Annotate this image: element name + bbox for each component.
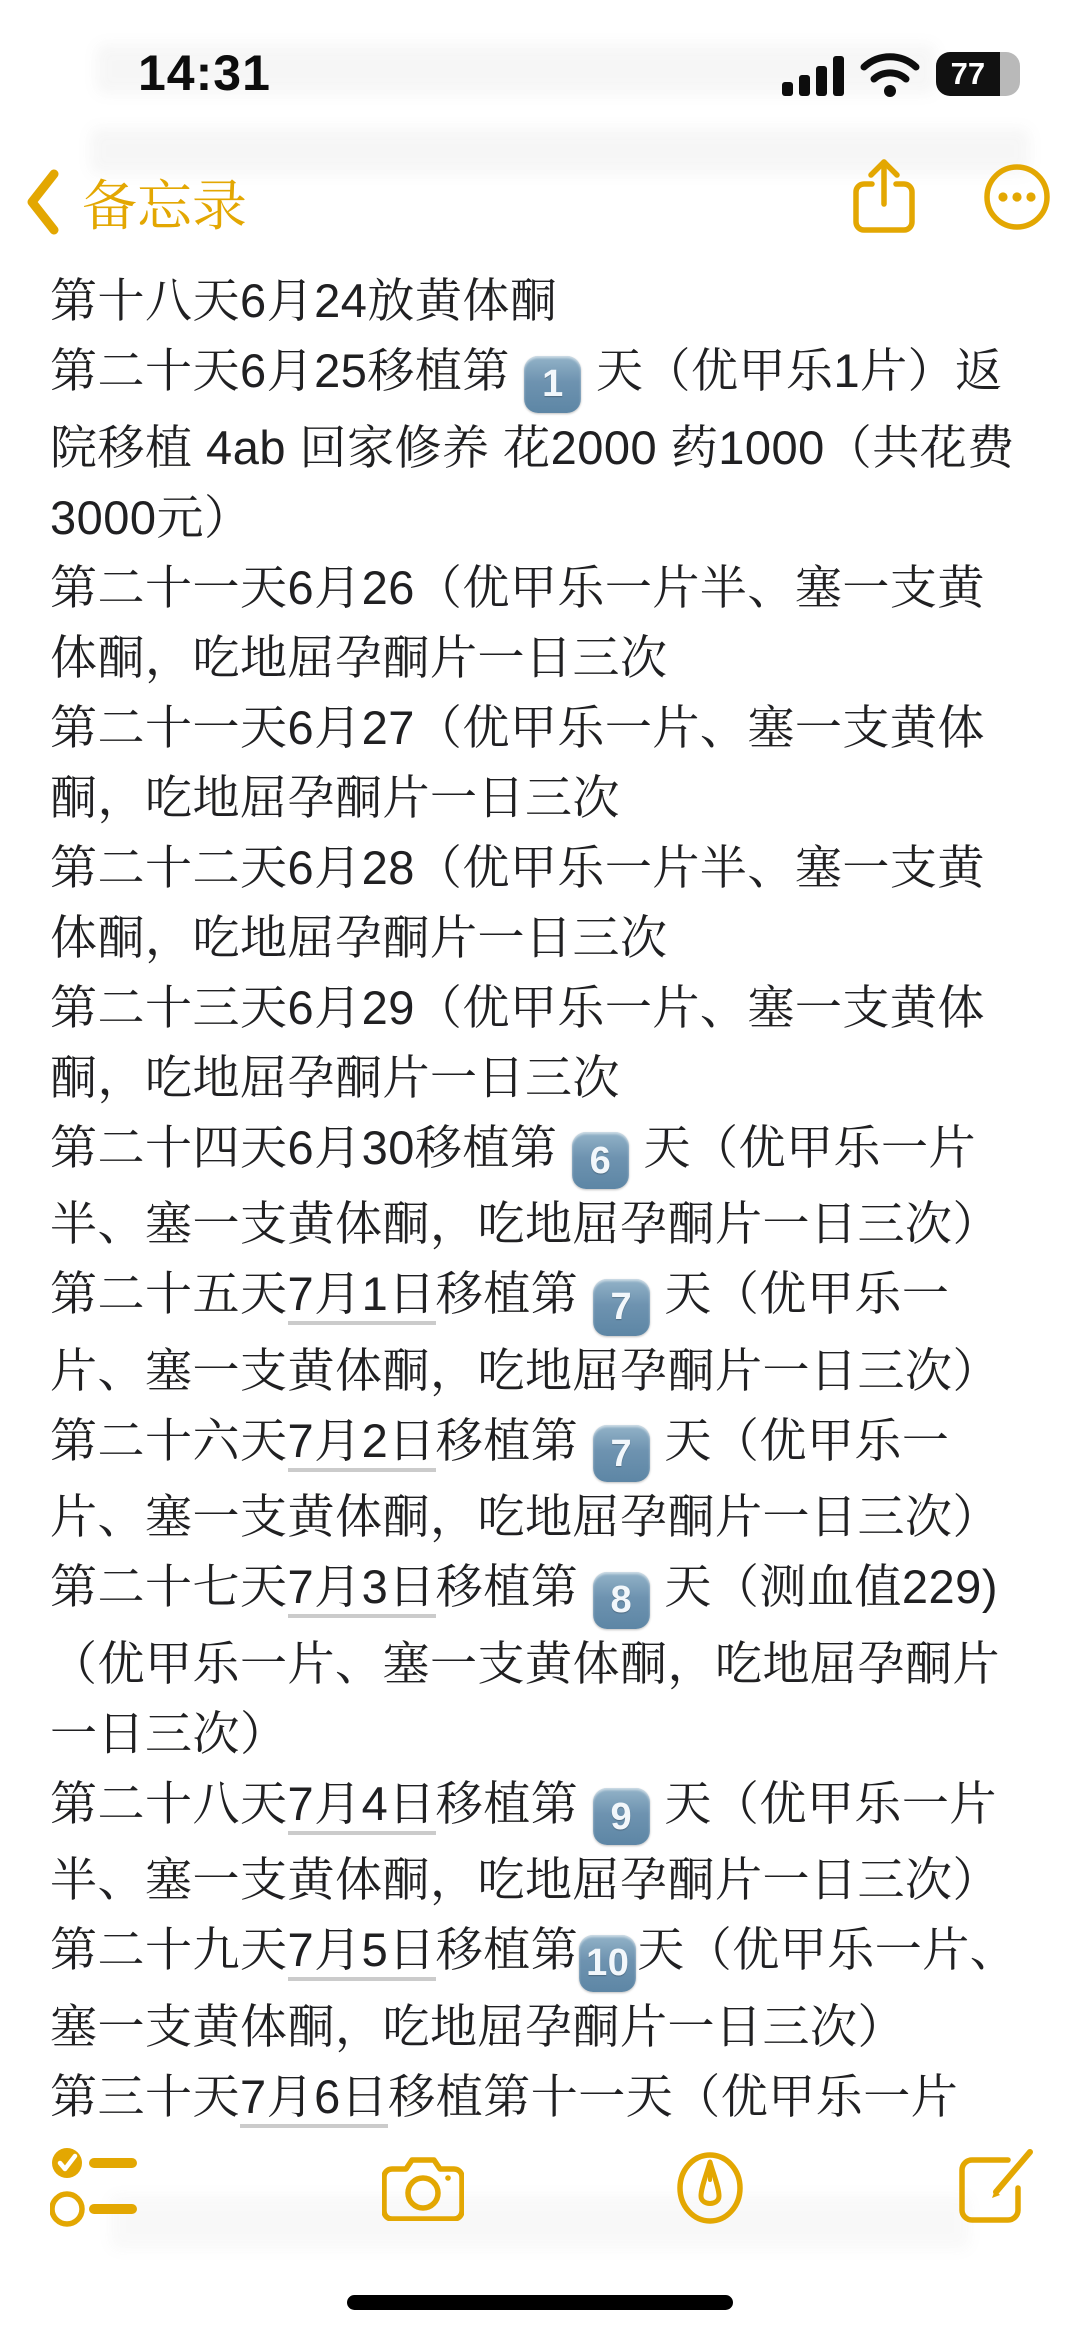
note-paragraph: 第二十六天7月2日移植第 7 天（优甲乐一片、塞一支黄体酮，吃地屈孕酮片一日三次… <box>50 1406 1030 1553</box>
note-paragraph: 第二十九天7月5日移植第10天（优甲乐一片、塞一支黄体酮，吃地屈孕酮片一日三次） <box>50 1915 1030 2062</box>
note-text-segment: 第二十五天 <box>50 1267 288 1320</box>
share-button[interactable] <box>852 158 916 236</box>
note-text-segment: 移植第 <box>436 1777 592 1830</box>
date-link[interactable]: 7月5日 <box>288 1923 436 1981</box>
status-bar: 14:31 77 <box>0 0 1080 120</box>
status-icons: 77 <box>782 48 1014 100</box>
battery-percent: 77 <box>936 56 1000 92</box>
cellular-signal-icon <box>782 52 844 96</box>
status-time: 14:31 <box>138 44 271 102</box>
note-paragraph: 第二十二天6月28（优甲乐一片半、塞一支黄体酮，吃地屈孕酮片一日三次 <box>50 833 1030 973</box>
keycap-number-emoji: 10 <box>579 1935 636 1992</box>
checklist-icon[interactable] <box>50 2143 172 2233</box>
note-text-segment: 移植第 <box>436 1414 592 1467</box>
note-text-segment: 移植第十一天（优甲乐一片 <box>388 2070 958 2123</box>
note-text-segment: 第二十三天6月29（优甲乐一片、塞一支黄体酮，吃地屈孕酮片一日三次 <box>50 981 985 1104</box>
markup-icon[interactable] <box>674 2150 746 2226</box>
note-paragraph: 第二十四天6月30移植第 6 天（优甲乐一片半、塞一支黄体酮，吃地屈孕酮片一日三… <box>50 1113 1030 1260</box>
keycap-number-emoji: 7 <box>593 1425 650 1482</box>
note-text-segment: 第十八天6月24放黄体酮 <box>50 274 557 327</box>
more-button[interactable] <box>982 162 1052 232</box>
note-text-segment: 移植第 <box>436 1560 592 1613</box>
nav-bar: 备忘录 <box>0 150 1080 255</box>
date-link[interactable]: 7月6日 <box>240 2070 388 2128</box>
keycap-number-emoji: 7 <box>593 1279 650 1336</box>
note-text-segment: 第二十九天 <box>50 1923 288 1976</box>
compose-icon[interactable] <box>956 2146 1036 2230</box>
back-chevron-icon <box>26 169 60 235</box>
battery-icon: 77 <box>936 52 1014 96</box>
keycap-number-emoji: 8 <box>593 1572 650 1629</box>
keycap-number-emoji: 1 <box>524 356 581 413</box>
date-link[interactable]: 7月2日 <box>288 1414 436 1472</box>
note-paragraph: 第二十七天7月3日移植第 8 天（测血值229)（优甲乐一片、塞一支黄体酮，吃地… <box>50 1552 1030 1769</box>
note-text-segment: 第二十一天6月26（优甲乐一片半、塞一支黄体酮，吃地屈孕酮片一日三次 <box>50 561 985 684</box>
note-paragraph: 第十八天6月24放黄体酮 <box>50 266 1030 336</box>
note-text-segment: 第二十七天 <box>50 1560 288 1613</box>
wifi-icon <box>860 51 920 97</box>
note-paragraph: 第二十三天6月29（优甲乐一片、塞一支黄体酮，吃地屈孕酮片一日三次 <box>50 973 1030 1113</box>
camera-icon[interactable] <box>382 2155 464 2221</box>
note-paragraph: 第三十天7月6日移植第十一天（优甲乐一片 <box>50 2062 1030 2132</box>
keycap-number-emoji: 9 <box>593 1788 650 1845</box>
note-text-segment: 第二十八天 <box>50 1777 288 1830</box>
bottom-toolbar <box>0 2138 1080 2238</box>
notes-app-screen: 14:31 77 <box>0 0 1080 2341</box>
note-text-segment: 移植第 <box>436 1267 592 1320</box>
note-paragraph: 第二十一天6月27（优甲乐一片、塞一支黄体酮，吃地屈孕酮片一日三次 <box>50 693 1030 833</box>
note-text-segment: 第二十一天6月27（优甲乐一片、塞一支黄体酮，吃地屈孕酮片一日三次 <box>50 701 985 824</box>
back-button[interactable]: 备忘录 <box>26 162 247 241</box>
keycap-number-emoji: 6 <box>572 1132 629 1189</box>
note-paragraph: 第二十五天7月1日移植第 7 天（优甲乐一片、塞一支黄体酮，吃地屈孕酮片一日三次… <box>50 1259 1030 1406</box>
home-indicator[interactable] <box>347 2295 733 2310</box>
note-text-segment: 第三十天 <box>50 2070 240 2123</box>
note-paragraph: 第二十八天7月4日移植第 9 天（优甲乐一片半、塞一支黄体酮，吃地屈孕酮片一日三… <box>50 1769 1030 1916</box>
date-link[interactable]: 7月4日 <box>288 1777 436 1835</box>
note-text-segment: 第二十四天6月30移植第 <box>50 1121 571 1174</box>
note-paragraph: 第二十一天6月26（优甲乐一片半、塞一支黄体酮，吃地屈孕酮片一日三次 <box>50 553 1030 693</box>
note-body[interactable]: 第十八天6月24放黄体酮第二十天6月25移植第 1 天（优甲乐1片）返院移植 4… <box>50 266 1030 2132</box>
note-text-segment: 第二十二天6月28（优甲乐一片半、塞一支黄体酮，吃地屈孕酮片一日三次 <box>50 841 985 964</box>
date-link[interactable]: 7月1日 <box>288 1267 436 1325</box>
back-label: 备忘录 <box>82 162 247 241</box>
note-paragraph: 第二十天6月25移植第 1 天（优甲乐1片）返院移植 4ab 回家修养 花200… <box>50 336 1030 553</box>
note-text-segment: 移植第 <box>436 1923 579 1976</box>
date-link[interactable]: 7月3日 <box>288 1560 436 1618</box>
note-text-segment: 第二十六天 <box>50 1414 288 1467</box>
note-text-segment: 第二十天6月25移植第 <box>50 344 523 397</box>
